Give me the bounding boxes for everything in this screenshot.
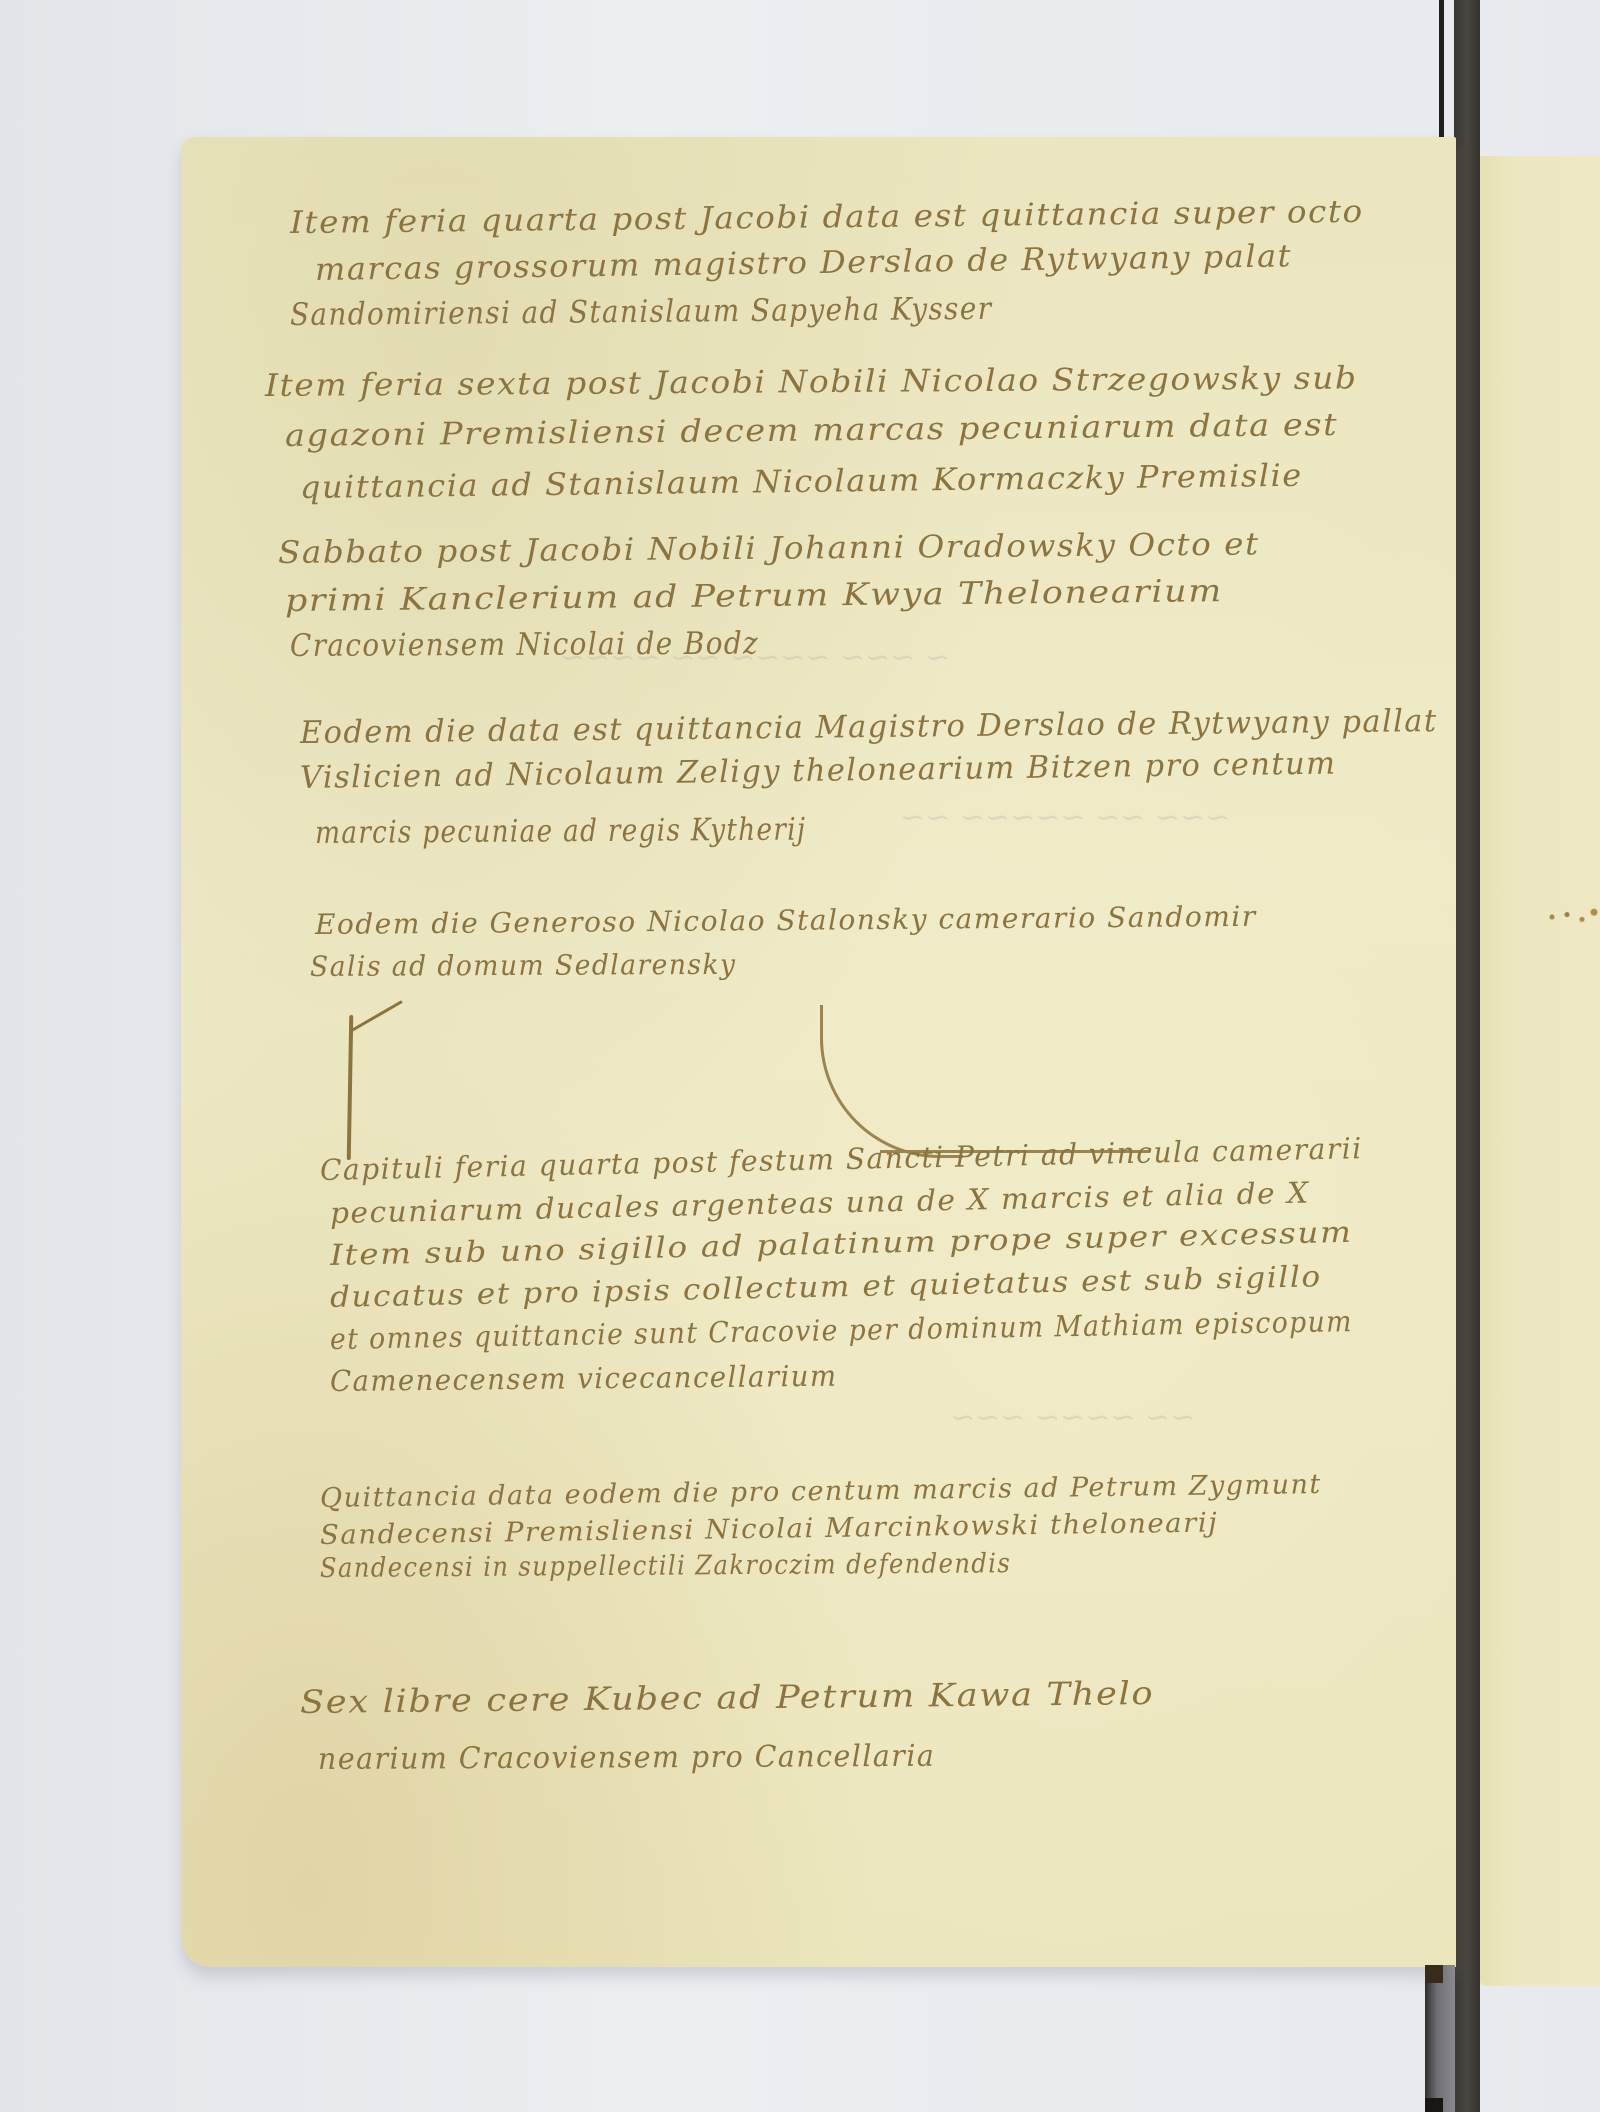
entry-line: Salis ad domum Sedlarensky xyxy=(310,948,737,983)
entry-line: Sabbato post Jacobi Nobili Johanni Orado… xyxy=(278,526,1260,571)
entry-line: Sandecensi in suppellectili Zakroczim de… xyxy=(320,1548,1011,1584)
show-through-text: ~~~ ~~ ~~~~~ ~~ xyxy=(900,800,1230,835)
entry-line: Sandomiriensi ad Stanislaum Sapyeha Kyss… xyxy=(290,291,993,333)
entry-line: Sex libre cere Kubec ad Petrum Kawa Thel… xyxy=(300,1674,1155,1721)
entry-line: Item feria sexta post Jacobi Nobili Nico… xyxy=(265,360,1358,404)
marginal-bracket-stroke xyxy=(349,1000,402,1033)
entry-line: Sandecensi Premisliensi Nicolai Marcinko… xyxy=(320,1507,1219,1551)
entry-line: primi Kanclerium ad Petrum Kwya Thelonea… xyxy=(285,573,1223,619)
entry-line: marcas grossorum magistro Derslao de Ryt… xyxy=(315,238,1293,288)
marginal-bracket xyxy=(347,1015,354,1160)
entry-line: quittancia ad Stanislaum Nicolaum Kormac… xyxy=(300,458,1303,506)
show-through-text: ~~ ~~~~ ~~~ xyxy=(950,1400,1195,1435)
entry-line: Cracoviensem Nicolai de Bodz xyxy=(290,626,759,664)
entry-line: Vislicien ad Nicolaum Zeligy theloneariu… xyxy=(300,746,1337,796)
entry-line: Item feria quarta post Jacobi data est q… xyxy=(290,194,1364,241)
entry-line: agazoni Premisliensi decem marcas pecuni… xyxy=(285,407,1339,454)
entry-line: marcis pecuniae ad regis Kytherij xyxy=(315,812,807,851)
entry-line: Camenecensem vicecancellarium xyxy=(330,1359,838,1398)
entry-line: Eodem die Generoso Nicolao Stalonsky cam… xyxy=(315,900,1257,941)
entry-line: et omnes quittancie sunt Cracovie per do… xyxy=(330,1304,1353,1356)
entry-line: Eodem die data est quittancia Magistro D… xyxy=(300,703,1438,751)
manuscript-text: ~ ~~~ ~~~~ ~~ ~~~~ ~~~ ~~ ~~~~~ ~~ ~~ ~~… xyxy=(0,0,1600,2112)
decorative-flourish xyxy=(820,1005,963,1158)
entry-line: nearium Cracoviensem pro Cancellaria xyxy=(318,1739,935,1777)
